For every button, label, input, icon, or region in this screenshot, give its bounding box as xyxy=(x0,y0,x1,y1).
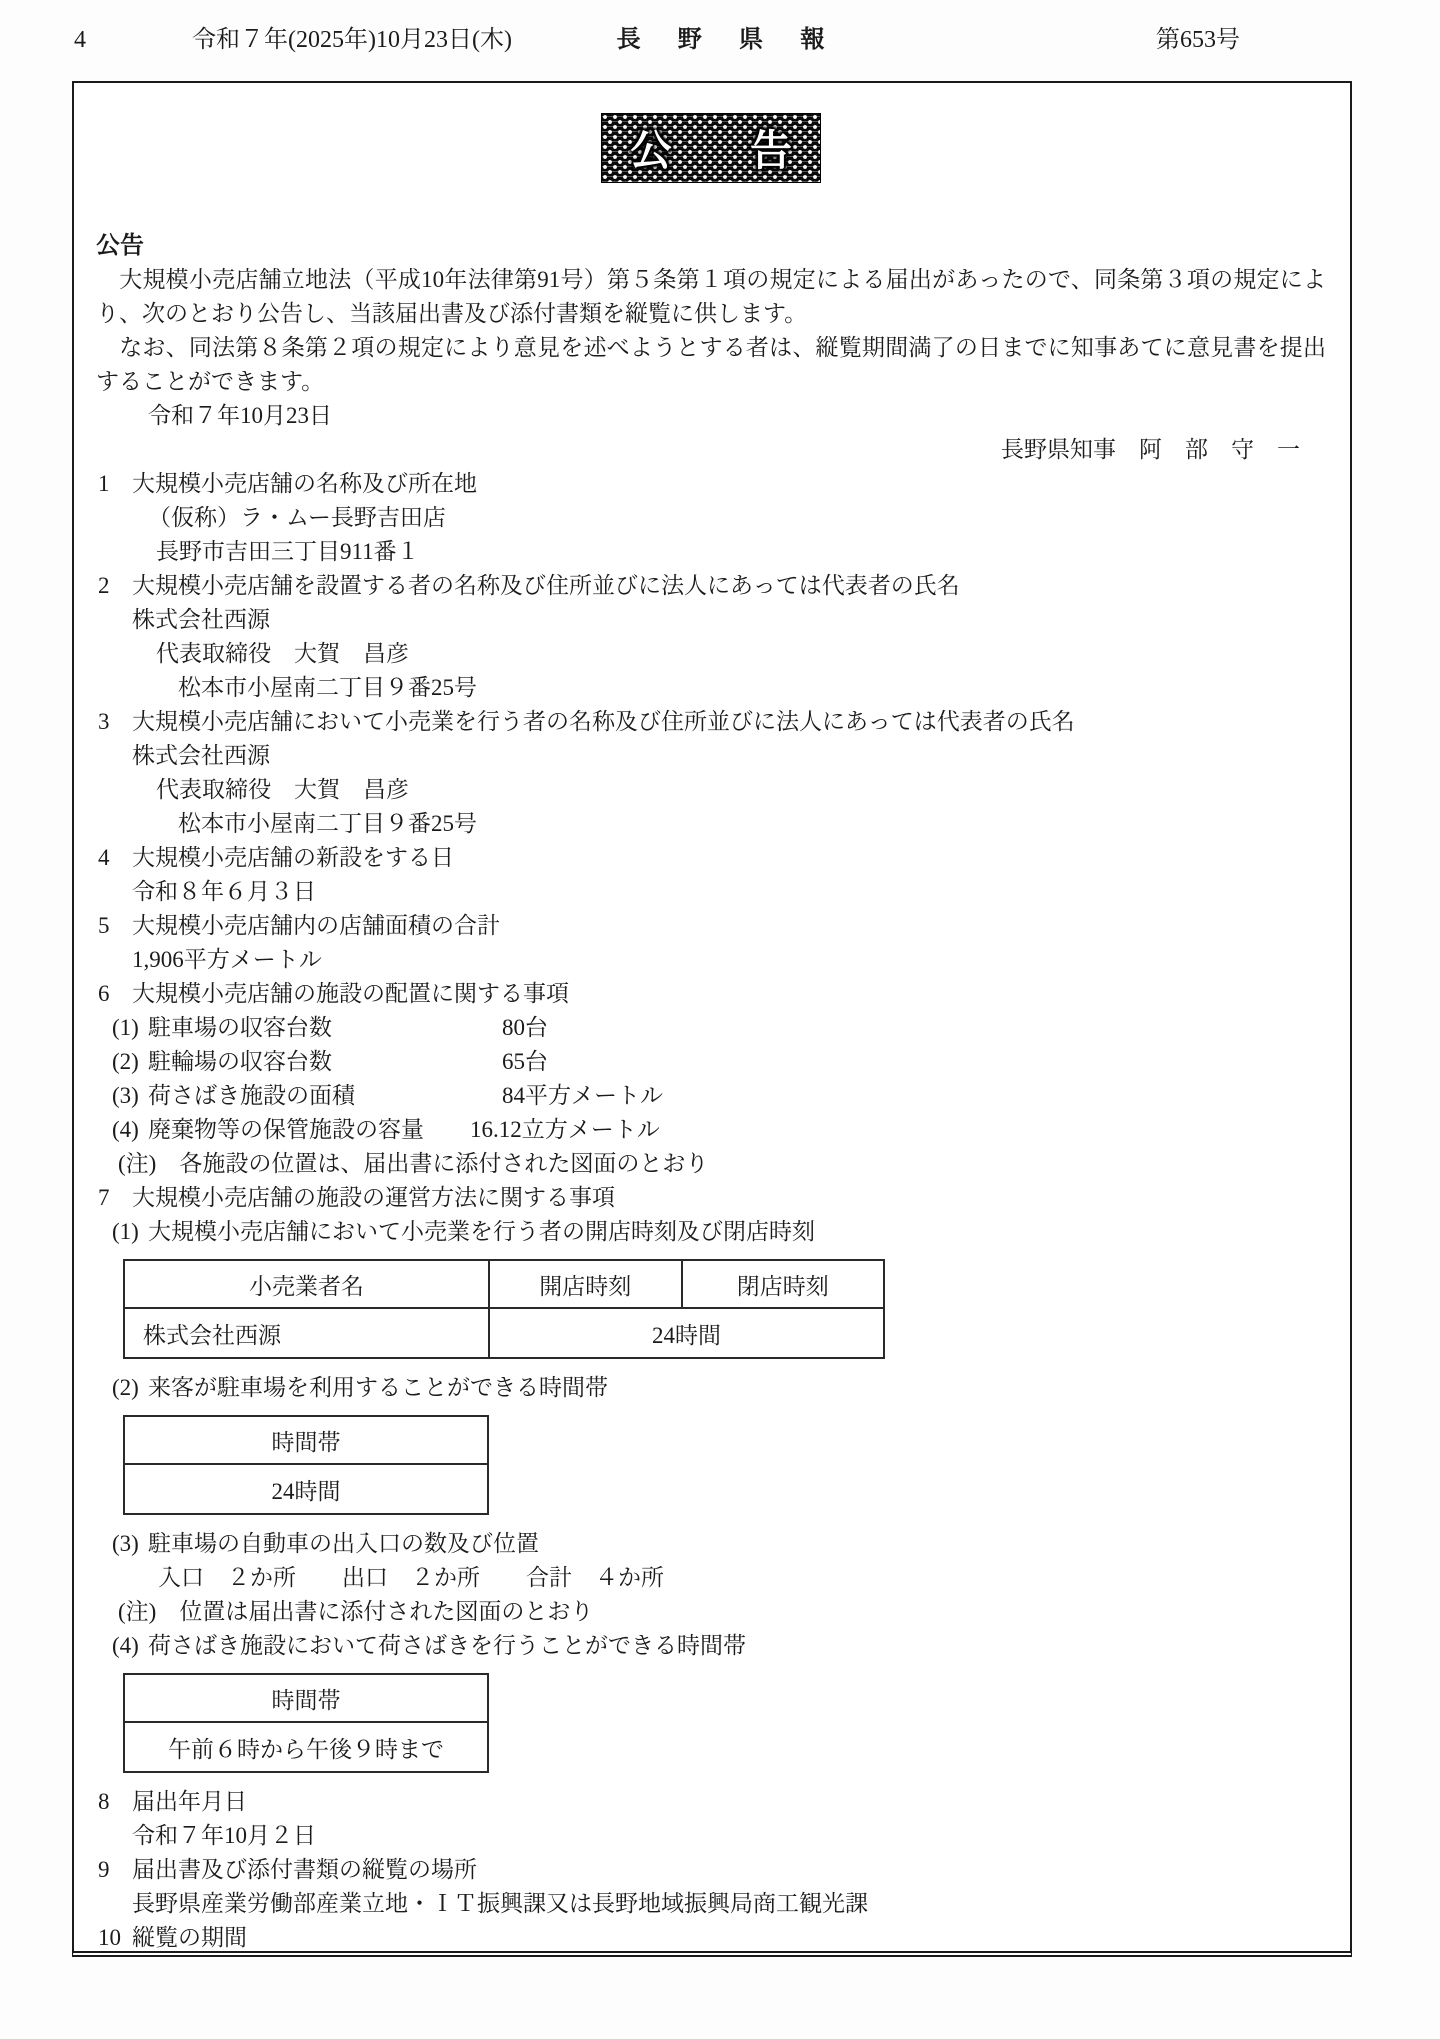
store-address: 長野市吉田三丁目911番１ xyxy=(156,535,1326,569)
store-hours-header-row: 小売業者名 開店時刻 閉店時刻 xyxy=(124,1260,884,1308)
item-7-number: 7 xyxy=(96,1181,132,1215)
loading-hours-table: 時間帯 午前６時から午後９時まで xyxy=(123,1673,489,1773)
loading-hours-header-row: 時間帯 xyxy=(124,1674,488,1722)
config-row-1-number: (1) xyxy=(112,1011,148,1045)
sub-1-label: 大規模小売店舗において小売業を行う者の開店時刻及び閉店時刻 xyxy=(148,1215,815,1249)
store-name: （仮称）ラ・ムー長野吉田店 xyxy=(148,501,1326,535)
banner-char-2: 告 xyxy=(750,118,792,178)
builder-representative: 代表取締役 大賀 昌彦 xyxy=(156,637,1326,671)
config-row-4-number: (4) xyxy=(112,1113,148,1147)
publication-title: 長野県報 xyxy=(579,22,862,58)
item-2-title: 大規模小売店舗を設置する者の名称及び住所並びに法人にあっては代表者の氏名 xyxy=(132,569,960,603)
item-4-number: 4 xyxy=(96,841,132,875)
config-row-2-number: (2) xyxy=(112,1045,148,1079)
col-open-time: 開店時刻 xyxy=(489,1260,681,1308)
item-8-heading: 8 届出年月日 xyxy=(96,1785,1326,1819)
builder-address: 松本市小屋南二丁目９番25号 xyxy=(178,671,1326,705)
item-2-heading: 2 大規模小売店舗を設置する者の名称及び住所並びに法人にあっては代表者の氏名 xyxy=(96,569,1326,603)
config-row-bicycle: (2) 駐輪場の収容台数 65台 xyxy=(112,1045,1326,1079)
config-row-loading: (3) 荷さばき施設の面積 84平方メートル xyxy=(112,1079,1326,1113)
config-row-4-label: 廃棄物等の保管施設の容量 xyxy=(148,1113,424,1147)
loading-hours-value: 午前６時から午後９時まで xyxy=(124,1722,488,1772)
config-row-parking: (1) 駐車場の収容台数 80台 xyxy=(112,1011,1326,1045)
notification-date: 令和７年10月２日 xyxy=(132,1819,1326,1853)
gazette-page: { "colors":{"ink":"#1b1b1b","border":"#2… xyxy=(0,0,1440,2039)
issue-date: 令和７年(2025年)10月23日(木) xyxy=(192,22,512,58)
retailer-company: 株式会社西源 xyxy=(132,739,1326,773)
sub-3-note: (注) 位置は届出書に添付された図面のとおり xyxy=(118,1595,1326,1629)
sub-2-heading: (2) 来客が駐車場を利用することができる時間帯 xyxy=(112,1371,1326,1405)
parking-hours-table: 時間帯 24時間 xyxy=(123,1415,489,1515)
item-10-number: 10 xyxy=(96,1921,132,1955)
hours-value-cell: 24時間 xyxy=(489,1308,884,1358)
item-9-title: 届出書及び添付書類の縦覧の場所 xyxy=(132,1853,477,1887)
item-8-number: 8 xyxy=(96,1785,132,1819)
page-header: 4 令和７年(2025年)10月23日(木) 長野県報 第653号 xyxy=(0,22,1440,58)
item-6-title: 大規模小売店舗の施設の配置に関する事項 xyxy=(132,977,569,1011)
item-10-title: 縦覧の期間 xyxy=(132,1921,247,1955)
banner-char-1: 公 xyxy=(630,118,672,178)
parking-hours-header: 時間帯 xyxy=(124,1416,488,1464)
parking-hours-header-row: 時間帯 xyxy=(124,1416,488,1464)
retailer-address: 松本市小屋南二丁目９番25号 xyxy=(178,807,1326,841)
item-10-heading: 10 縦覧の期間 xyxy=(96,1921,1326,1955)
item-4-title: 大規模小売店舗の新設をする日 xyxy=(132,841,454,875)
item-6-heading: 6 大規模小売店舗の施設の配置に関する事項 xyxy=(96,977,1326,1011)
sub-3-number: (3) xyxy=(112,1527,148,1561)
item-8-title: 届出年月日 xyxy=(132,1785,247,1819)
loading-hours-header: 時間帯 xyxy=(124,1674,488,1722)
item-3-heading: 3 大規模小売店舗において小売業を行う者の名称及び住所並びに法人にあっては代表者… xyxy=(96,705,1326,739)
item-5-title: 大規模小売店舗内の店舗面積の合計 xyxy=(132,909,500,943)
item-1-title: 大規模小売店舗の名称及び所在地 xyxy=(132,467,477,501)
builder-company: 株式会社西源 xyxy=(132,603,1326,637)
item-5-number: 5 xyxy=(96,909,132,943)
parking-hours-data-row: 24時間 xyxy=(124,1464,488,1514)
entrance-exit-counts: 入口 ２か所 出口 ２か所 合計 ４か所 xyxy=(158,1561,1326,1595)
sub-2-number: (2) xyxy=(112,1371,148,1405)
item-9-number: 9 xyxy=(96,1853,132,1887)
floor-area: 1,906平方メートル xyxy=(132,943,1326,977)
notice-paragraph-1: 大規模小売店舗立地法（平成10年法律第91号）第５条第１項の規定による届出があっ… xyxy=(96,263,1326,331)
config-row-1-value: 80台 xyxy=(502,1011,548,1045)
config-row-2-value: 65台 xyxy=(502,1045,548,1079)
config-row-waste: (4) 廃棄物等の保管施設の容量 16.12立方メートル xyxy=(112,1113,1326,1147)
sub-1-number: (1) xyxy=(112,1215,148,1249)
item-6-number: 6 xyxy=(96,977,132,1011)
sub-1-heading: (1) 大規模小売店舗において小売業を行う者の開店時刻及び閉店時刻 xyxy=(112,1215,1326,1249)
config-row-3-label: 荷さばき施設の面積 xyxy=(148,1079,355,1113)
parking-hours-value: 24時間 xyxy=(124,1464,488,1514)
sub-3-label: 駐車場の自動車の出入口の数及び位置 xyxy=(148,1527,539,1561)
config-row-3-number: (3) xyxy=(112,1079,148,1113)
sub-4-heading: (4) 荷さばき施設において荷さばきを行うことができる時間帯 xyxy=(112,1629,1326,1663)
config-row-4-value: 16.12立方メートル xyxy=(470,1113,660,1147)
config-row-3-value: 84平方メートル xyxy=(502,1079,663,1113)
item-3-title: 大規模小売店舗において小売業を行う者の名称及び住所並びに法人にあっては代表者の氏… xyxy=(132,705,1075,739)
retailer-representative: 代表取締役 大賀 昌彦 xyxy=(156,773,1326,807)
col-retailer-name: 小売業者名 xyxy=(124,1260,489,1308)
issue-number: 第653号 xyxy=(1156,22,1240,58)
item-5-heading: 5 大規模小売店舗内の店舗面積の合計 xyxy=(96,909,1326,943)
config-row-1-label: 駐車場の収容台数 xyxy=(148,1011,332,1045)
loading-hours-data-row: 午前６時から午後９時まで xyxy=(124,1722,488,1772)
item-1-number: 1 xyxy=(96,467,132,501)
notice-section-label: 公告 xyxy=(96,229,1326,263)
notice-date: 令和７年10月23日 xyxy=(148,399,1326,433)
item-7-heading: 7 大規模小売店舗の施設の運営方法に関する事項 xyxy=(96,1181,1326,1215)
item-6-note: (注) 各施設の位置は、届出書に添付された図面のとおり xyxy=(118,1147,1326,1181)
governor-signature: 長野県知事 阿 部 守 一 xyxy=(96,433,1326,467)
config-row-2-label: 駐輪場の収容台数 xyxy=(148,1045,332,1079)
store-hours-data-row: 株式会社西源 24時間 xyxy=(124,1308,884,1358)
inspection-location: 長野県産業労働部産業立地・ＩＴ振興課又は長野地域振興局商工観光課 xyxy=(132,1887,1326,1921)
sub-3-heading: (3) 駐車場の自動車の出入口の数及び位置 xyxy=(112,1527,1326,1561)
store-hours-table: 小売業者名 開店時刻 閉店時刻 株式会社西源 24時間 xyxy=(123,1259,885,1359)
item-4-heading: 4 大規模小売店舗の新設をする日 xyxy=(96,841,1326,875)
document-frame: 公 告 公告 大規模小売店舗立地法（平成10年法律第91号）第５条第１項の規定に… xyxy=(72,81,1352,1957)
opening-date: 令和８年６月３日 xyxy=(132,875,1326,909)
sub-4-label: 荷さばき施設において荷さばきを行うことができる時間帯 xyxy=(148,1629,746,1663)
item-3-number: 3 xyxy=(96,705,132,739)
sub-4-number: (4) xyxy=(112,1629,148,1663)
notice-banner: 公 告 xyxy=(601,113,821,183)
retailer-name-cell: 株式会社西源 xyxy=(124,1308,489,1358)
item-9-heading: 9 届出書及び添付書類の縦覧の場所 xyxy=(96,1853,1326,1887)
sub-2-label: 来客が駐車場を利用することができる時間帯 xyxy=(148,1371,608,1405)
col-close-time: 閉店時刻 xyxy=(682,1260,884,1308)
notice-paragraph-2: なお、同法第８条第２項の規定により意見を述べようとする者は、縦覧期間満了の日まで… xyxy=(96,331,1326,399)
item-7-title: 大規模小売店舗の施設の運営方法に関する事項 xyxy=(132,1181,615,1215)
page-number: 4 xyxy=(74,22,86,58)
item-1-heading: 1 大規模小売店舗の名称及び所在地 xyxy=(96,467,1326,501)
item-2-number: 2 xyxy=(96,569,132,603)
